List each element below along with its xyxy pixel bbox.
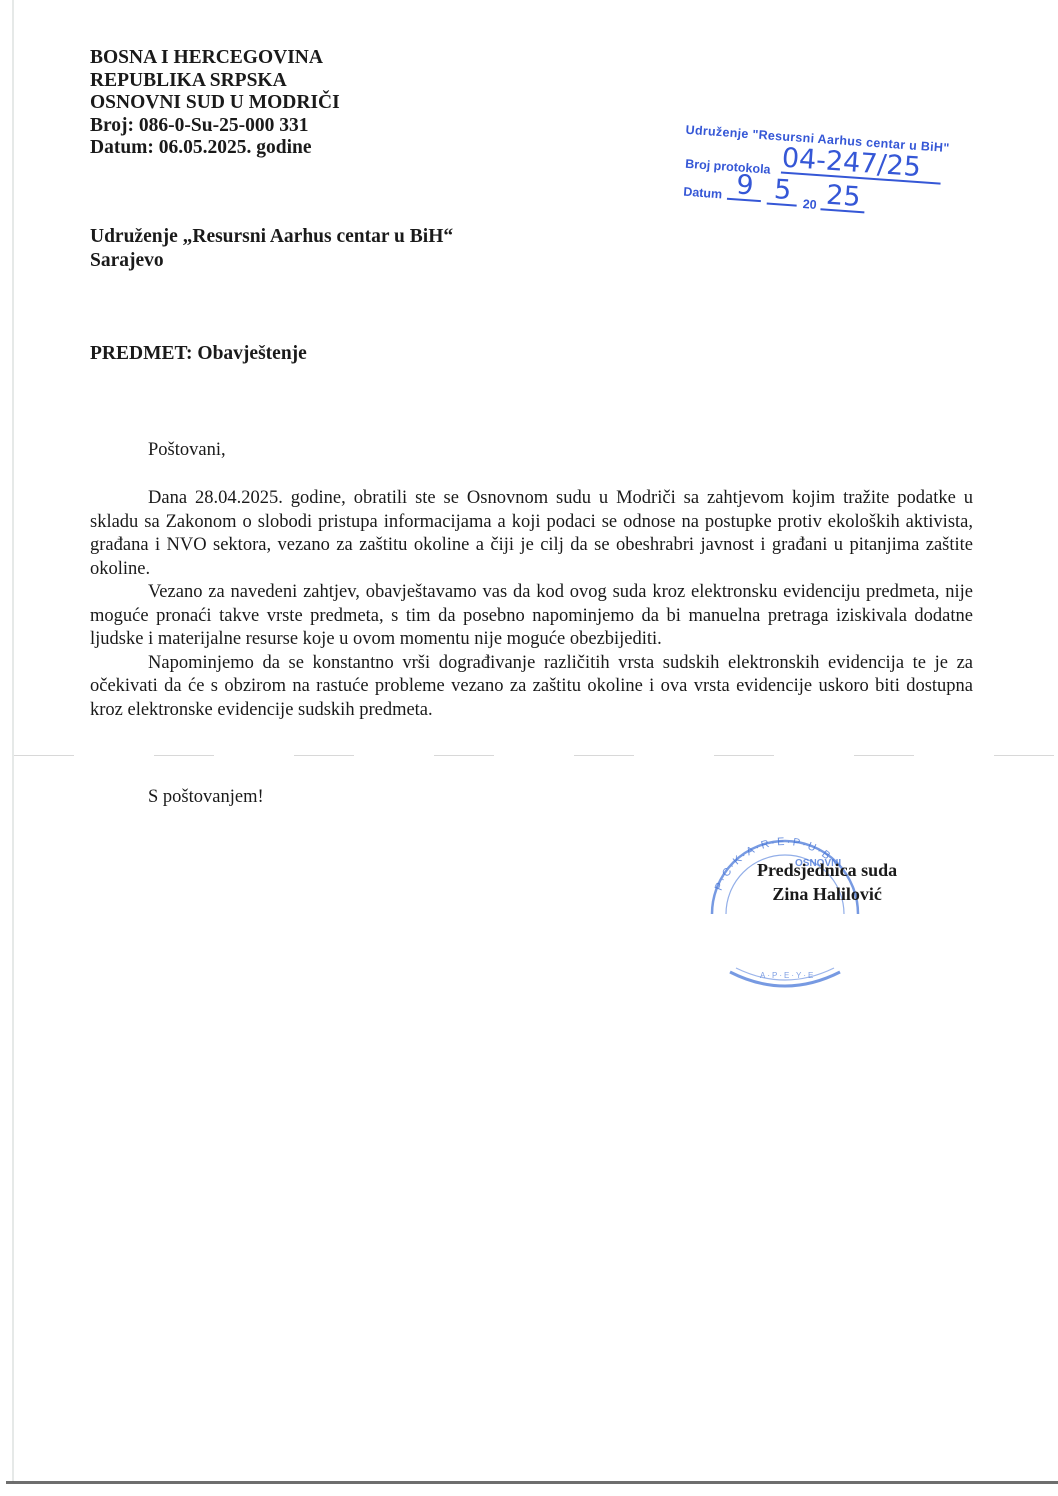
letterhead: BOSNA I HERCEGOVINA REPUBLIKA SRPSKA OSN…	[90, 47, 340, 160]
fold-line	[14, 755, 1058, 756]
case-number: Broj: 086-0-Su-25-000 331	[90, 115, 340, 138]
signatory-name: Zina Halilović	[757, 882, 897, 906]
paragraph-2: Vezano za navedeni zahtjev, obavještavam…	[90, 581, 973, 652]
paragraph-3: Napominjemo da se konstantno vrši dograđ…	[90, 652, 973, 723]
recipient-city: Sarajevo	[90, 249, 453, 273]
document-date: Datum: 06.05.2025. godine	[90, 137, 340, 160]
letter-body: Dana 28.04.2025. godine, obratili ste se…	[90, 487, 973, 722]
scan-edge-left	[12, 0, 14, 1482]
signature-block: Predsjednica suda Zina Halilović	[757, 858, 897, 906]
country-line: BOSNA I HERCEGOVINA	[90, 47, 340, 70]
scan-edge-bottom	[6, 1481, 1058, 1484]
signatory-title: Predsjednica suda	[757, 858, 897, 882]
stamp-protocol-number: 04-247/25	[781, 146, 943, 185]
stamp-date-label: Datum	[683, 185, 723, 202]
received-stamp: Udruženje "Resursni Aarhus centar u BiH"…	[678, 123, 955, 252]
court-line: OSNOVNI SUD U MODRIČI	[90, 92, 340, 115]
paragraph-1: Dana 28.04.2025. godine, obratili ste se…	[90, 487, 973, 581]
court-seal-icon: P·C·K·A·R·E·P·U·B OSNOVNI A·P·E·Y·E	[700, 822, 870, 1002]
recipient-block: Udruženje „Resursni Aarhus centar u BiH“…	[90, 225, 453, 273]
subject-line: PREDMET: Obavještenje	[90, 343, 307, 365]
stamp-year-suffix: 25	[820, 182, 866, 213]
stamp-year-prefix: 20	[802, 197, 817, 212]
entity-line: REPUBLIKA SRPSKA	[90, 70, 340, 93]
svg-text:A·P·E·Y·E: A·P·E·Y·E	[760, 971, 815, 980]
stamp-day: 9	[727, 172, 763, 202]
stamp-month: 5	[767, 177, 799, 207]
greeting: Poštovani,	[148, 440, 226, 461]
recipient-name: Udruženje „Resursni Aarhus centar u BiH“	[90, 225, 453, 249]
closing: S poštovanjem!	[148, 787, 264, 808]
